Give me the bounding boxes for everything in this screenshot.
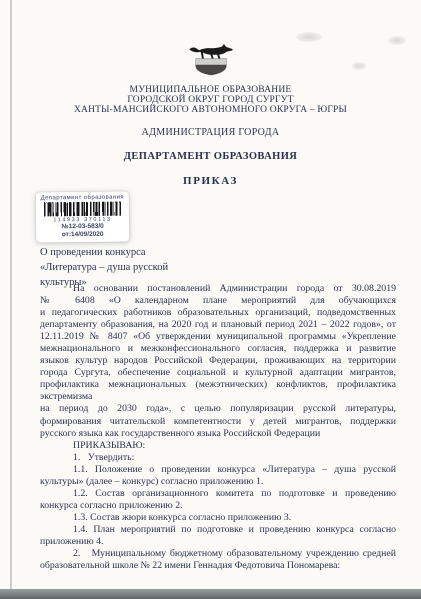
- order-item: 1.4. План мероприятий по подготовке и пр…: [40, 524, 396, 536]
- subject-line: О проведении конкурса: [40, 245, 168, 260]
- body-line: языков культур народов Российской Федера…: [40, 355, 396, 367]
- order-item-continuation: образовательной школе № 22 имени Геннади…: [40, 560, 396, 572]
- body-line: формирования читательской компетентности…: [40, 416, 396, 428]
- stamp-reg-date: от:14/09/2020: [62, 230, 104, 237]
- body-line: русского языка как государственного язык…: [40, 428, 396, 440]
- stamp-org-label: Департамент образования: [41, 195, 124, 202]
- body-line: города Сургута, обеспечение социальной и…: [40, 367, 396, 379]
- order-item: 1. Утвердить:: [40, 452, 396, 464]
- body-line: межнационального и межконфессионального …: [40, 343, 396, 355]
- org-name-line-2: ГОРОДСКОЙ ОКРУГ ГОРОД СУРГУТ: [0, 95, 421, 105]
- doc-type-title: ПРИКАЗ: [0, 175, 421, 187]
- body-line: департаменту образования, на 2020 год и …: [40, 319, 396, 331]
- scan-artifact: [388, 36, 406, 45]
- order-item: 1.2. Состав организационного комитета по…: [40, 488, 396, 500]
- order-item: 1.3. Состав жюри конкурса согласно прило…: [40, 512, 396, 524]
- order-item-continuation: приложению 4.: [40, 536, 396, 548]
- org-name-line-1: МУНИЦИПАЛЬНОЕ ОБРАЗОВАНИЕ: [0, 85, 421, 95]
- document-page: МУНИЦИПАЛЬНОЕ ОБРАЗОВАНИЕ ГОРОДСКОЙ ОКРУ…: [0, 0, 421, 599]
- body-line: экстремизма: [40, 391, 396, 403]
- subject-line: «Литература – душа русской: [40, 260, 168, 275]
- body-line: № 6408 «О календарном плане мероприятий …: [40, 295, 396, 307]
- body-line: На основании постановлений Администрации…: [40, 283, 396, 295]
- order-item: 2. Муниципальному бюджетному образовател…: [40, 548, 396, 560]
- order-item: 1.1. Положение о проведении конкурса «Ли…: [40, 464, 396, 476]
- body-line: 12.11.2019 № 8407 «Об утверждении муници…: [40, 331, 396, 343]
- registration-stamp: Департамент образования 114933 370113 №1…: [36, 192, 130, 243]
- order-item-continuation: культуры» (далее – конкурс) согласно при…: [40, 476, 396, 488]
- surgut-coat-of-arms-icon: [188, 42, 234, 82]
- body-line: и педагогических работников образователь…: [40, 307, 396, 319]
- body-text: На основании постановлений Администрации…: [40, 283, 396, 572]
- stamp-reg-number: №12-03-583/0: [61, 223, 103, 230]
- body-line: профилактика межнациональных (межэтничес…: [40, 379, 396, 391]
- decree-word: ПРИКАЗЫВАЮ:: [40, 440, 396, 452]
- scan-artifact: [296, 32, 322, 42]
- department-line: ДЕПАРТАМЕНТ ОБРАЗОВАНИЯ: [0, 151, 421, 162]
- administration-line: АДМИНИСТРАЦИЯ ГОРОДА: [0, 127, 421, 138]
- scan-bottom-band: [0, 589, 421, 599]
- org-name-line-3: ХАНТЫ-МАНСИЙСКОГО АВТОНОМНОГО ОКРУГА – Ю…: [0, 105, 421, 115]
- order-item-continuation: конкурса согласно приложению 2.: [40, 500, 396, 512]
- body-line: на период до 2030 года», с целью популяр…: [40, 403, 396, 415]
- barcode-icon: [43, 202, 121, 217]
- scan-artifact: [352, 62, 366, 70]
